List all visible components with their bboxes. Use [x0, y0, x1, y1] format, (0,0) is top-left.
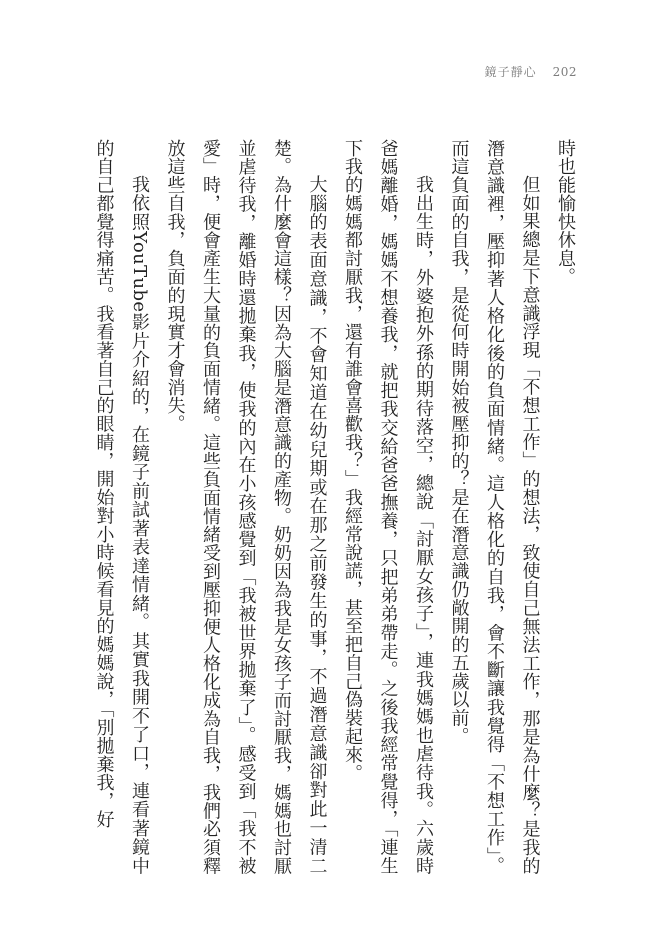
- paragraph-5: 我依照YouTube影片介紹的，在鏡子前試著表達情緒。其實我開不了口，連看著鏡中…: [86, 139, 157, 875]
- paragraph-4: 大腦的表面意識，不會知道在幼兒期或在那之前發生的事，不過潛意識卻對此一清二楚。為…: [157, 139, 335, 875]
- book-title: 鏡子靜心: [485, 65, 537, 79]
- paragraph-1: 時也能愉快休息。: [548, 139, 584, 875]
- book-page: 鏡子靜心202 時也能愉快休息。 但如果總是下意識浮現「不想工作」的想法，致使自…: [0, 0, 663, 932]
- running-head: 鏡子靜心202: [485, 63, 577, 80]
- paragraph-3: 我出生時，外婆抱外孫的期待落空，總說「討厭女孩子」，連我媽媽也虐待我。六歲時爸媽…: [335, 139, 442, 875]
- paragraph-2: 但如果總是下意識浮現「不想工作」的想法，致使自己無法工作，那是為什麼？是我的潛意…: [441, 139, 548, 875]
- page-body-text: 時也能愉快休息。 但如果總是下意識浮現「不想工作」的想法，致使自己無法工作，那是…: [81, 139, 583, 875]
- page-number: 202: [553, 65, 577, 79]
